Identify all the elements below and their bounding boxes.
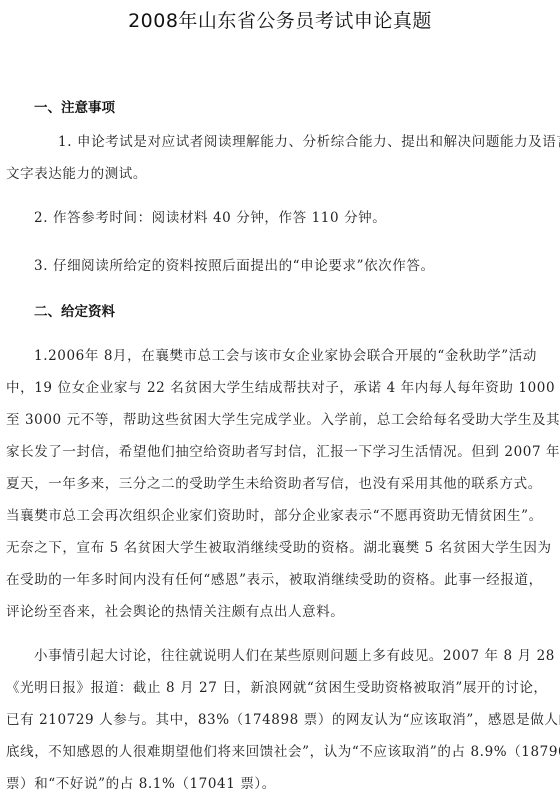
note-1-line-1: 1. 申论考试是对应试者阅读理解能力、分析综合能力、提出和解决问题能力及语言 (58, 130, 560, 150)
material-1-line-4: 家长发了一封信，希望他们抽空给资助者写封信，汇报一下学习生活情况。但到 2007… (6, 440, 560, 460)
note-3: 3. 仔细阅读所给定的资料按照后面提出的“申论要求”依次作答。 (34, 254, 435, 274)
material-1-line-5: 夏天，一年多来，三分之二的受助学生未给资助者写信，也没有采用其他的联系方式。 (6, 472, 542, 492)
material-2-line-1: 小事情引起大讨论，往往就说明人们在某些原则问题上多有歧见。2007 年 8 月 … (34, 644, 560, 664)
material-2-line-4: 底线，不知感恩的人很难期望他们将来回馈社会”，认为“不应该取消”的占 8.9%（… (6, 740, 560, 760)
material-1-line-2: 中，19 位女企业家与 22 名贫困大学生结成帮扶对子，承诺 4 年内每人每年资… (6, 376, 560, 396)
material-2-line-2: 《光明日报》报道：截止 8 月 27 日，新浪网就“贫困生受助资格被取消”展开的… (6, 676, 548, 696)
material-1-line-3: 至 3000 元不等，帮助这些贫困大学生完成学业。入学前，总工会给每名受助大学生… (6, 408, 560, 428)
section-heading-materials: 二、给定资料 (34, 300, 115, 320)
material-2-line-5: 票）和“不好说”的占 8.1%（17041 票）。 (6, 772, 276, 792)
note-1-line-2: 文字表达能力的测试。 (6, 162, 147, 182)
note-2: 2. 作答参考时间：阅读材料 40 分钟，作答 110 分钟。 (34, 206, 386, 226)
section-heading-notes: 一、注意事项 (34, 96, 115, 116)
material-2-line-3: 已有 210729 人参与。其中，83%（174898 票）的网友认为“应该取消… (6, 708, 560, 728)
material-1-line-8: 在受助的一年多时间内没有任何“感恩”表示，被取消继续受助的资格。此事一经报道， (6, 568, 543, 588)
material-1-line-7: 无奈之下，宣布 5 名贫困大学生被取消继续受助的资格。湖北襄樊 5 名贫困大学生… (6, 536, 552, 556)
document-title: 2008年山东省公务员考试申论真题 (0, 6, 560, 33)
material-1-line-1: 1.2006年 8月，在襄樊市总工会与该市女企业家协会联合开展的“金秋助学”活动 (34, 344, 537, 364)
material-1-line-9: 评论纷至沓来，社会舆论的热情关注颇有点出人意料。 (6, 600, 344, 620)
material-1-line-6: 当襄樊市总工会再次组织企业家们资助时，部分企业家表示“不愿再资助无情贫困生”。 (6, 504, 543, 524)
